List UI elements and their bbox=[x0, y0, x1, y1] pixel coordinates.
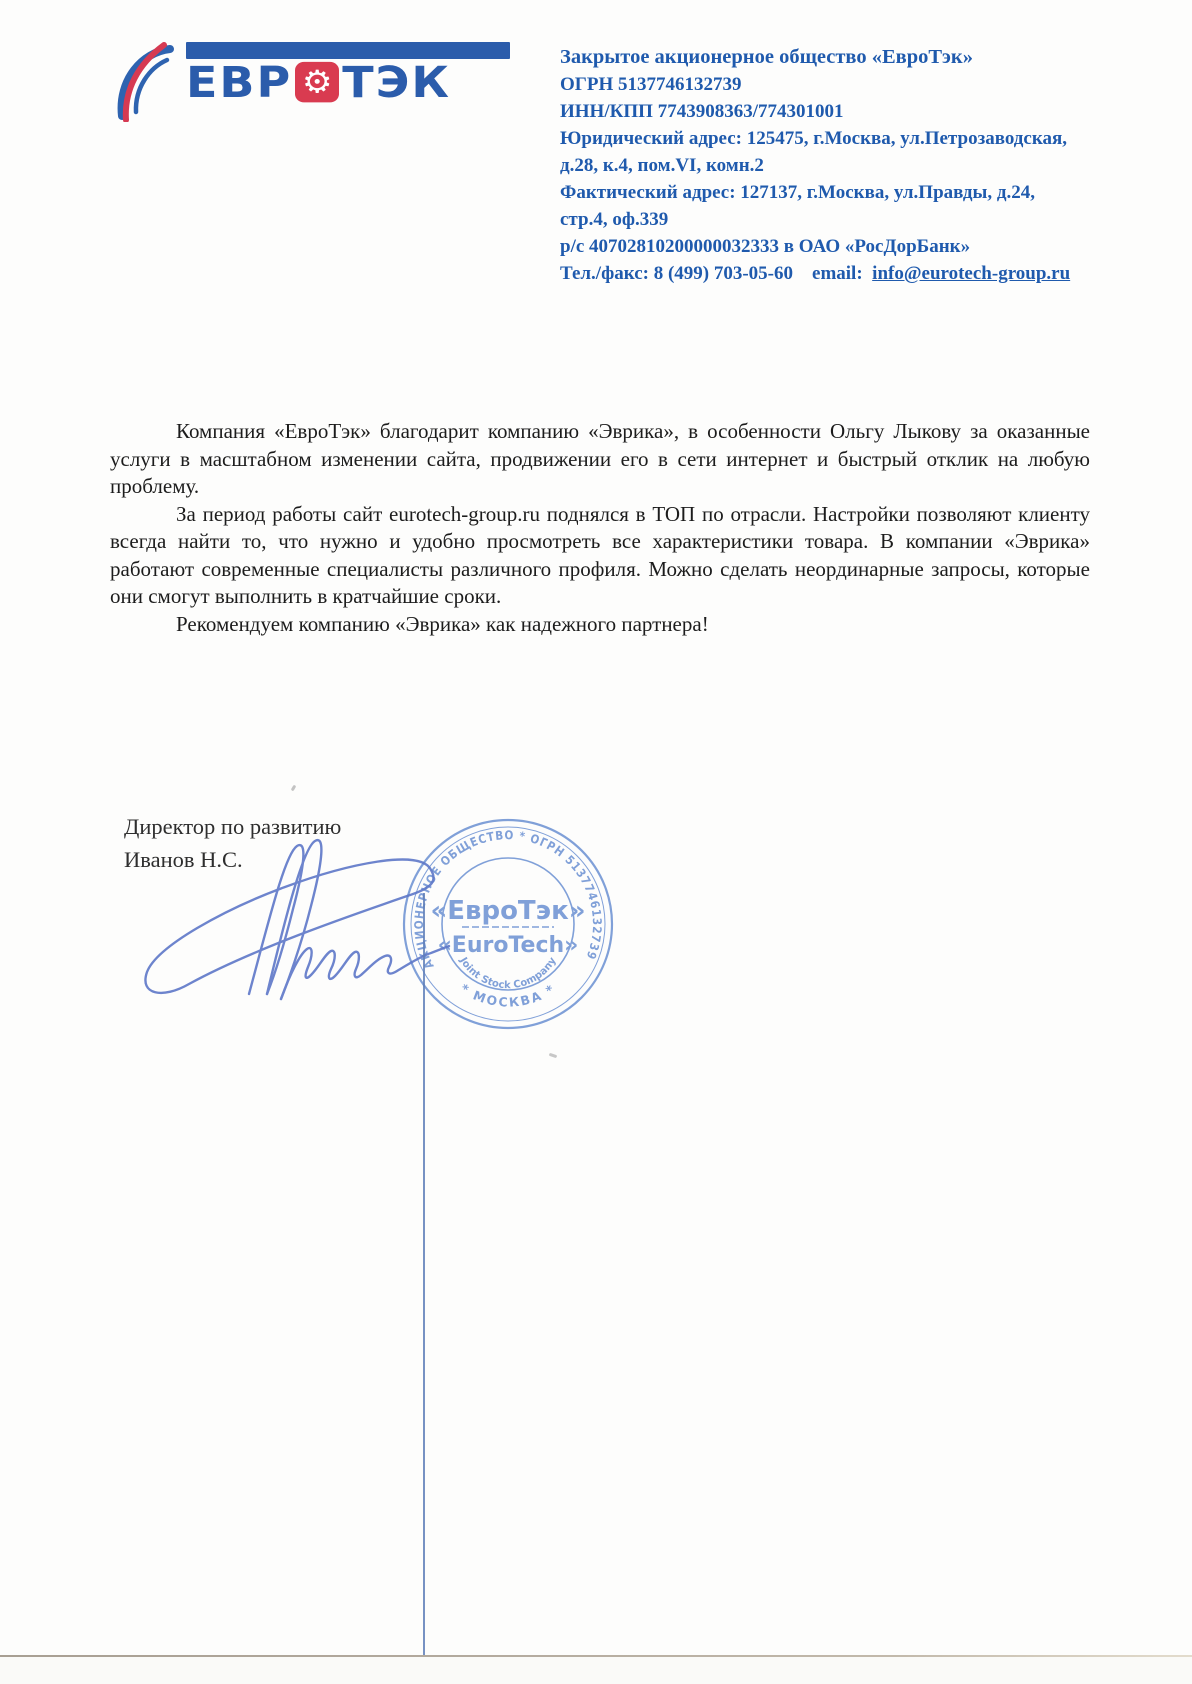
legal-address-line: Юридический адрес: 125475, г.Москва, ул.… bbox=[560, 125, 1076, 179]
company-logo: ЕВР ⚙ ТЭК bbox=[112, 42, 510, 122]
scan-speck bbox=[549, 1053, 558, 1058]
gear-icon: ⚙ bbox=[295, 62, 339, 102]
ogrn-line: ОГРН 5137746132739 bbox=[560, 71, 1076, 98]
phone-label: Тел./факс: 8 (499) 703-05-60 bbox=[560, 263, 793, 284]
paragraph-recommendation: Рекомендуем компанию «Эврика» как надежн… bbox=[110, 611, 1090, 639]
scan-margin-below-edge bbox=[0, 1657, 1192, 1684]
logo-leaf-icon bbox=[112, 42, 176, 122]
scan-fold-line bbox=[423, 893, 425, 1656]
logo-wordmark: ЕВР ⚙ ТЭК bbox=[186, 61, 510, 103]
company-name: Закрытое акционерное общество «ЕвроТэк» bbox=[560, 44, 1076, 71]
handwritten-signature bbox=[133, 778, 467, 1010]
paragraph-results: За период работы сайт eurotech-group.ru … bbox=[110, 501, 1090, 611]
logo-letters-left: ЕВР bbox=[186, 61, 292, 103]
letterhead-contact-block: Закрытое акционерное общество «ЕвроТэк» … bbox=[560, 44, 1076, 287]
inn-kpp-line: ИНН/КПП 7743908363/774301001 bbox=[560, 98, 1076, 125]
email-label: email: bbox=[812, 263, 863, 284]
bank-account-line: р/с 40702810200000032333 в ОАО «РосДорБа… bbox=[560, 233, 1076, 260]
letter-body: Компания «ЕвроТэк» благодарит компанию «… bbox=[110, 418, 1090, 638]
phone-email-line: Тел./факс: 8 (499) 703-05-60 email: info… bbox=[560, 260, 1076, 287]
paragraph-thanks: Компания «ЕвроТэк» благодарит компанию «… bbox=[110, 418, 1090, 501]
actual-address-line: Фактический адрес: 127137, г.Москва, ул.… bbox=[560, 179, 1076, 233]
scanned-letter-page: ЕВР ⚙ ТЭК Закрытое акционерное общество … bbox=[0, 0, 1192, 1684]
logo-letters-right: ТЭК bbox=[342, 61, 451, 103]
email-address: info@eurotech-group.ru bbox=[872, 263, 1070, 284]
